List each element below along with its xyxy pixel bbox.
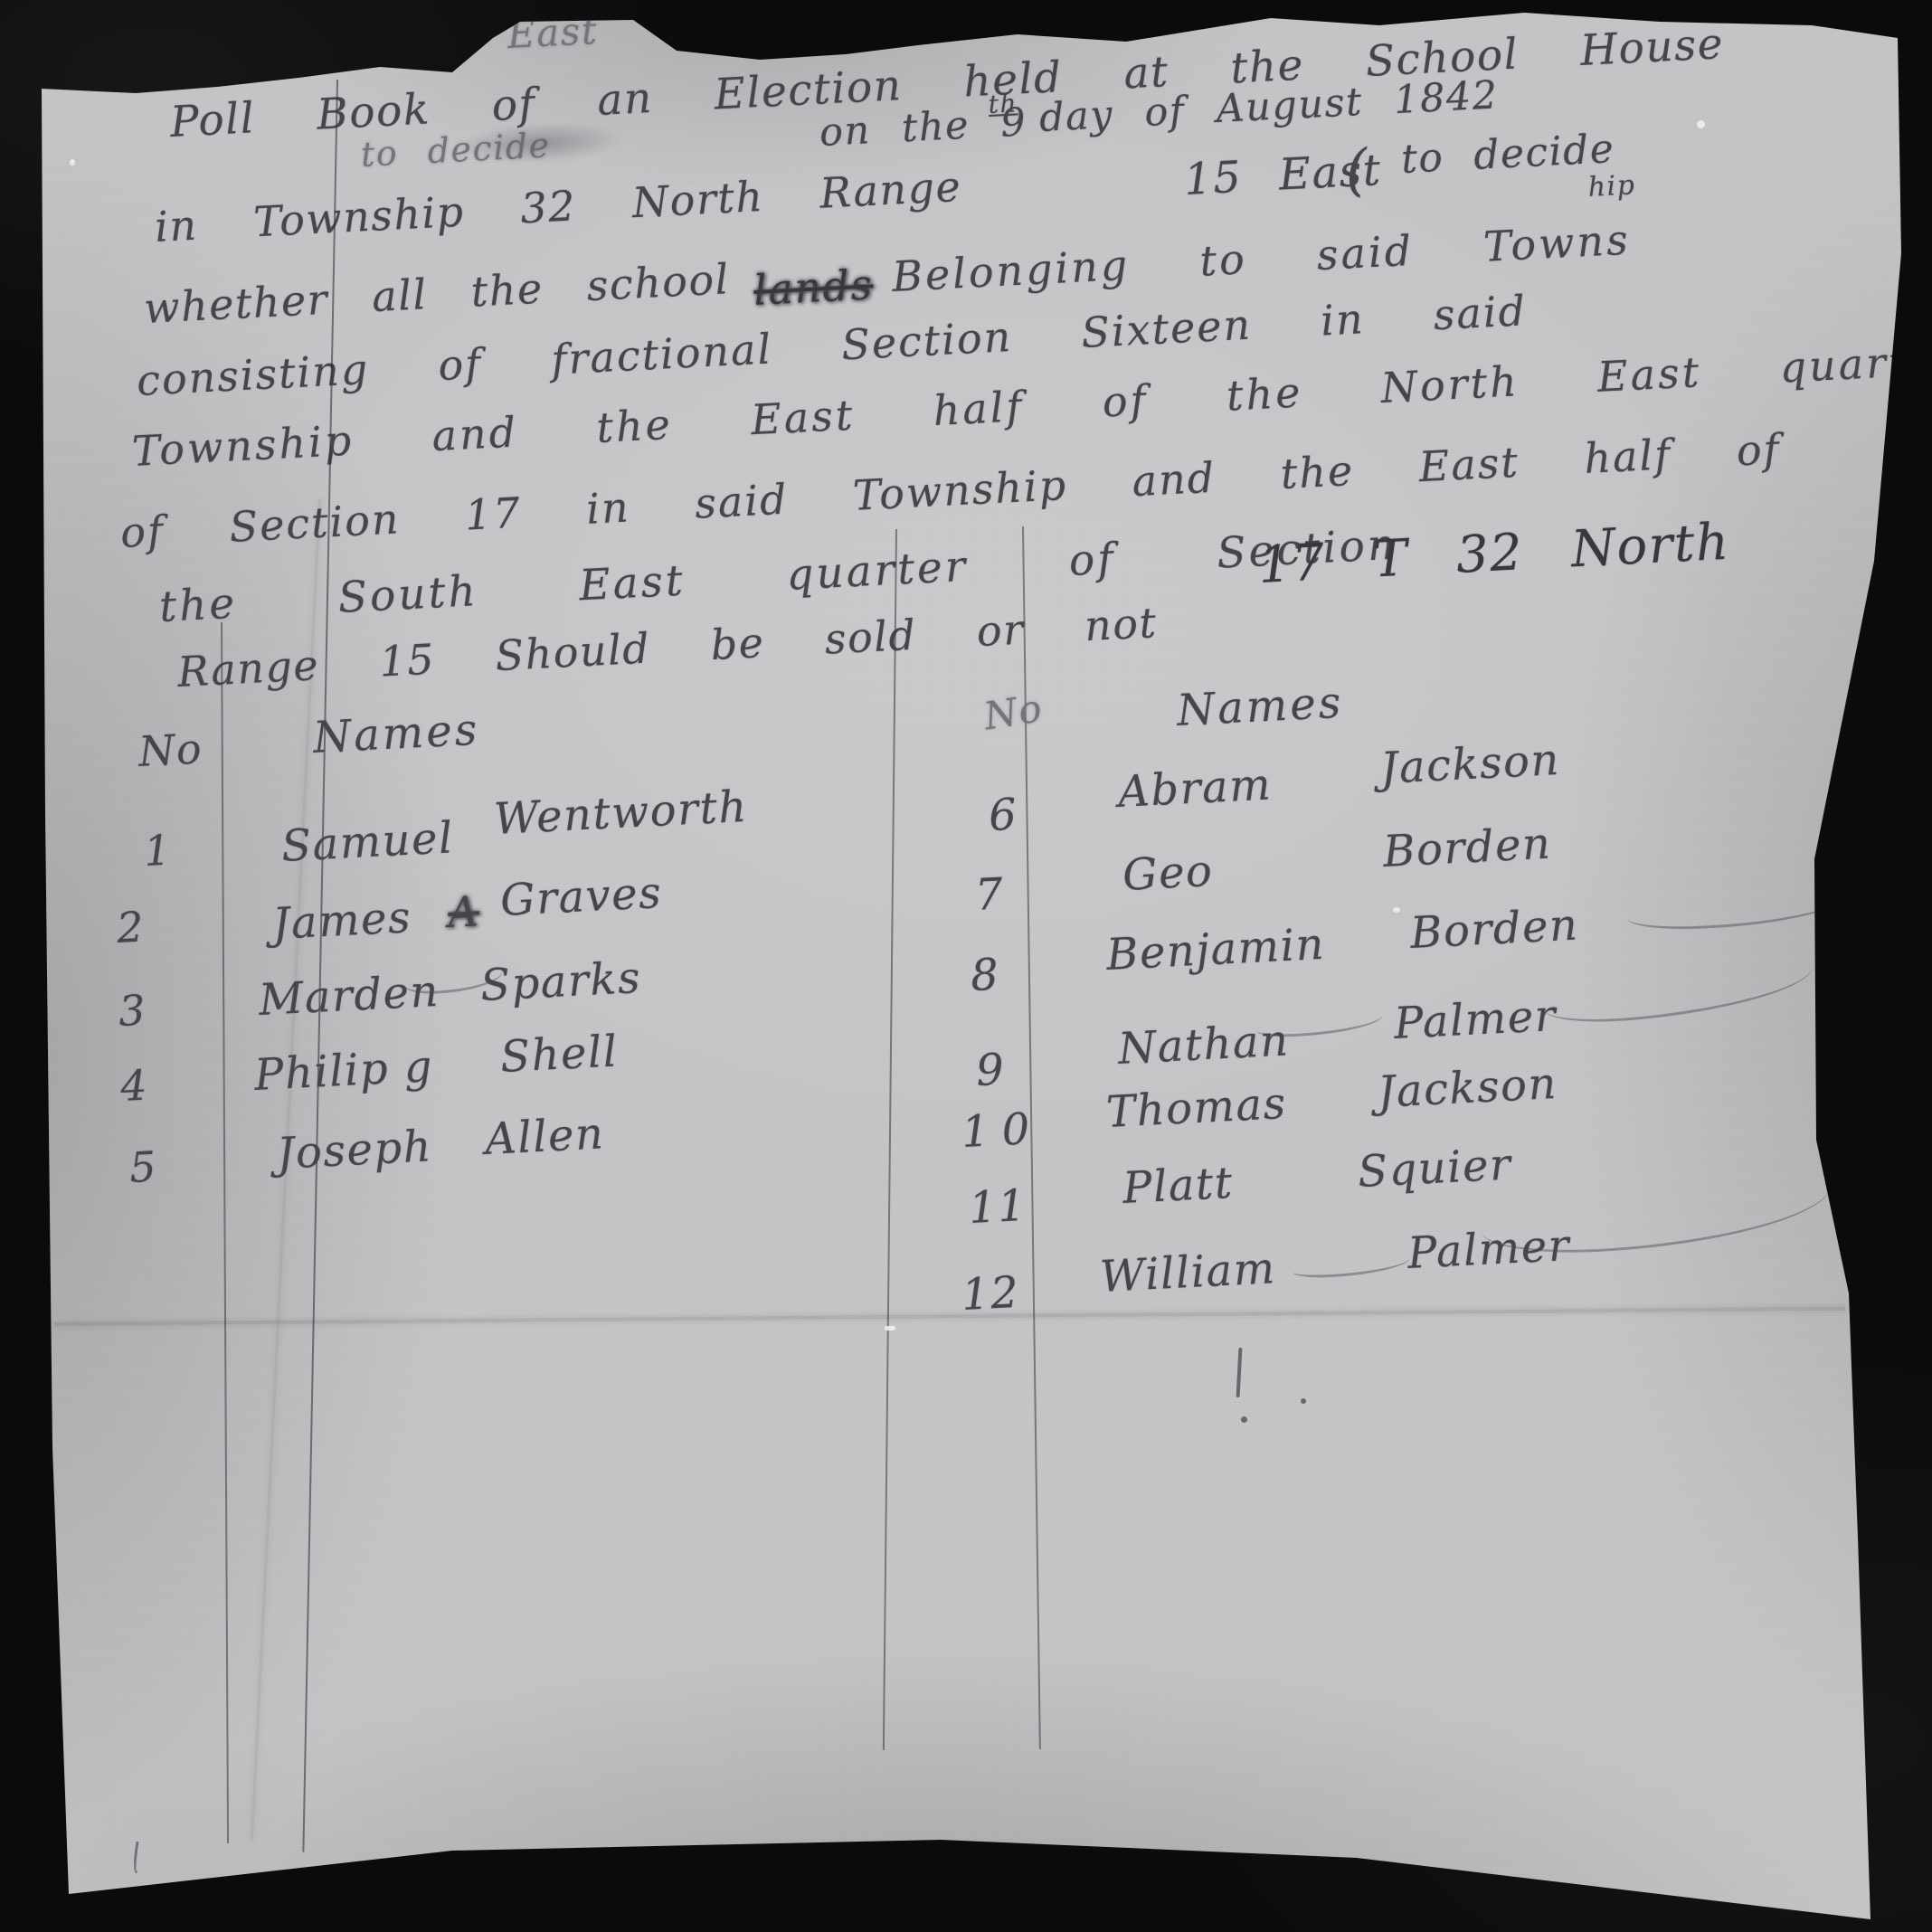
voter-first-name: Platt [1122, 1161, 1235, 1210]
voter-last-name: Borden [1409, 904, 1579, 955]
dust-speck [885, 1326, 895, 1331]
voter-first-name: Thomas [1105, 1082, 1288, 1134]
voter-last-name: Jackson [1379, 738, 1561, 791]
voter-first-name: Abram [1117, 762, 1273, 814]
right-names-header: Names [1176, 681, 1344, 733]
row-number: 12 [961, 1271, 1020, 1317]
right-table: No Names 6 Abram Jackson 7 Geo Borden 8 … [0, 0, 1932, 1932]
voter-last-name: Squier [1357, 1142, 1512, 1194]
pen-flourish [1293, 1256, 1411, 1280]
dust-speck [70, 159, 75, 166]
row-number: 8 [970, 952, 1000, 998]
dust-speck [1697, 120, 1705, 128]
right-no-header: No [981, 689, 1046, 736]
voter-last-name: Borden [1382, 822, 1552, 874]
document-paper: East Poll Book of an Election held at th… [0, 0, 1932, 1932]
row-number: 9 [975, 1047, 1006, 1093]
row-number: 11 [968, 1184, 1028, 1230]
dust-speck [1393, 907, 1400, 913]
voter-first-name: Geo [1122, 849, 1214, 897]
row-number: 10 [961, 1106, 1043, 1153]
pen-flourish [1543, 962, 1817, 1029]
voter-last-name: Jackson [1377, 1062, 1558, 1114]
voter-first-name: William [1099, 1246, 1277, 1299]
stray-ink-dot [1241, 1416, 1247, 1423]
voter-first-name: Benjamin [1105, 923, 1326, 977]
pen-flourish [1626, 893, 1844, 933]
voter-last-name: Palmer [1393, 994, 1558, 1046]
stray-ink-dot [1301, 1398, 1306, 1404]
row-number: 6 [988, 792, 1018, 838]
scan-background: East Poll Book of an Election held at th… [0, 0, 1932, 1932]
pen-flourish [1480, 1179, 1835, 1260]
row-number: 7 [974, 872, 1005, 917]
